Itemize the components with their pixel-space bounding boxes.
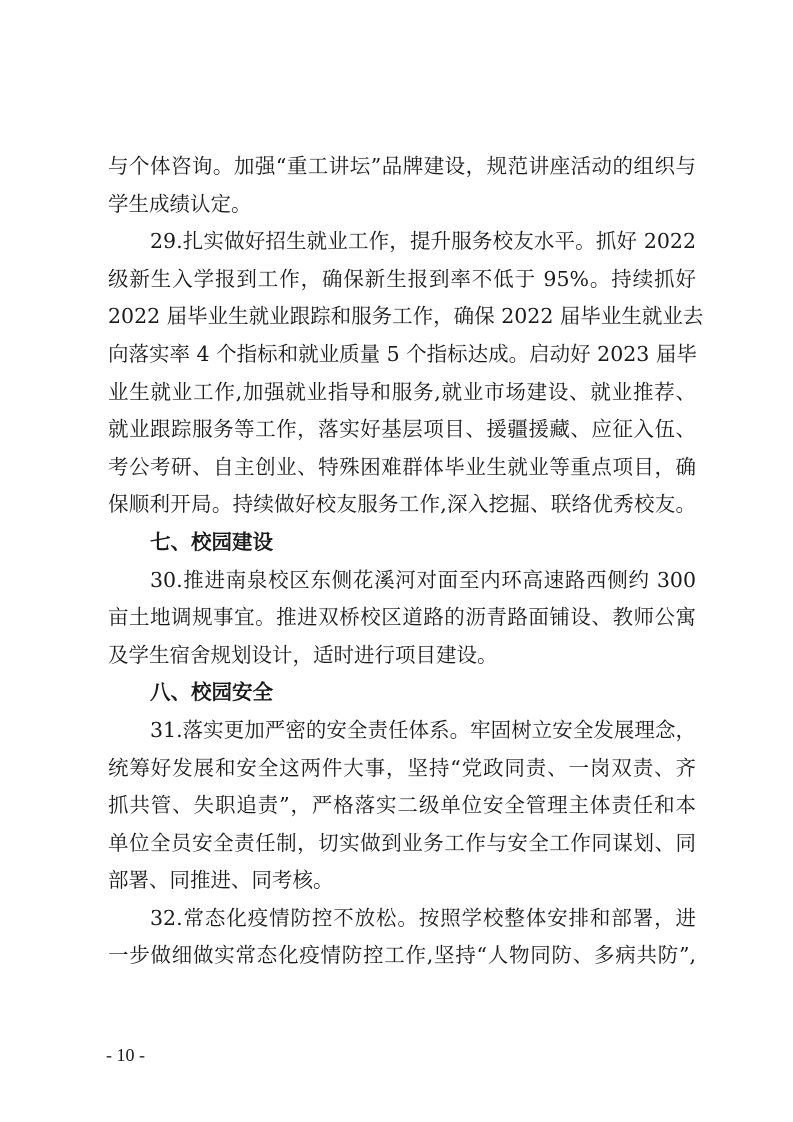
- text-line: 亩土地调规事宜。推进双桥校区道路的沥青路面铺设、教师公寓: [108, 599, 696, 637]
- text-line: 2022 届毕业生就业跟踪和服务工作，确保 2022 届毕业生就业去: [108, 298, 696, 336]
- document-page: 与个体咨询。加强“重工讲坛”品牌建设，规范讲座活动的组织与 学生成绩认定。 29…: [0, 0, 793, 1122]
- text-line: 29.扎实做好招生就业工作，提升服务校友水平。抓好 2022: [108, 223, 696, 261]
- page-number: - 10 -: [106, 1045, 145, 1066]
- paragraph-31: 31.落实更加严密的安全责任体系。牢固树立安全发展理念， 统筹好发展和安全这两件…: [108, 712, 696, 900]
- text-line: 向落实率 4 个指标和就业质量 5 个指标达成。启动好 2023 届毕: [108, 336, 696, 374]
- text-line: 部署、同推进、同考核。: [108, 862, 696, 900]
- text-line: 就业跟踪服务等工作，落实好基层项目、援疆援藏、应征入伍、: [108, 411, 696, 449]
- paragraph-32: 32.常态化疫情防控不放松。按照学校整体安排和部署，进 一步做细做实常态化疫情防…: [108, 900, 696, 975]
- text-line: 及学生宿舍规划设计，适时进行项目建设。: [108, 637, 696, 675]
- text-line: 业生就业工作,加强就业指导和服务,就业市场建设、就业推荐、: [108, 374, 696, 412]
- paragraph-30: 30.推进南泉校区东侧花溪河对面至内环高速路西侧约 300 亩土地调规事宜。推进…: [108, 562, 696, 675]
- text-line: 一步做细做实常态化疫情防控工作,坚持“人物同防、多病共防”,: [108, 937, 696, 975]
- paragraph-continuation: 与个体咨询。加强“重工讲坛”品牌建设，规范讲座活动的组织与 学生成绩认定。: [108, 148, 696, 223]
- page-body: 与个体咨询。加强“重工讲坛”品牌建设，规范讲座活动的组织与 学生成绩认定。 29…: [108, 148, 696, 975]
- text-line: 学生成绩认定。: [108, 186, 696, 224]
- text-line: 统筹好发展和安全这两件大事，坚持“党政同责、一岗双责、齐: [108, 750, 696, 788]
- text-line: 30.推进南泉校区东侧花溪河对面至内环高速路西侧约 300: [108, 562, 696, 600]
- text-line: 单位全员安全责任制，切实做到业务工作与安全工作同谋划、同: [108, 825, 696, 863]
- text-line: 抓共管、失职追责”，严格落实二级单位安全管理主体责任和本: [108, 787, 696, 825]
- text-line: 级新生入学报到工作，确保新生报到率不低于 95%。持续抓好: [108, 261, 696, 299]
- text-line: 保顺利开局。持续做好校友服务工作,深入挖掘、联络优秀校友。: [108, 486, 696, 524]
- section-heading-campus-construction: 七、校园建设: [108, 524, 696, 562]
- paragraph-29: 29.扎实做好招生就业工作，提升服务校友水平。抓好 2022 级新生入学报到工作…: [108, 223, 696, 524]
- text-line: 31.落实更加严密的安全责任体系。牢固树立安全发展理念，: [108, 712, 696, 750]
- text-line: 考公考研、自主创业、特殊困难群体毕业生就业等重点项目，确: [108, 449, 696, 487]
- text-line: 与个体咨询。加强“重工讲坛”品牌建设，规范讲座活动的组织与: [108, 148, 696, 186]
- section-heading-campus-safety: 八、校园安全: [108, 674, 696, 712]
- text-line: 32.常态化疫情防控不放松。按照学校整体安排和部署，进: [108, 900, 696, 938]
